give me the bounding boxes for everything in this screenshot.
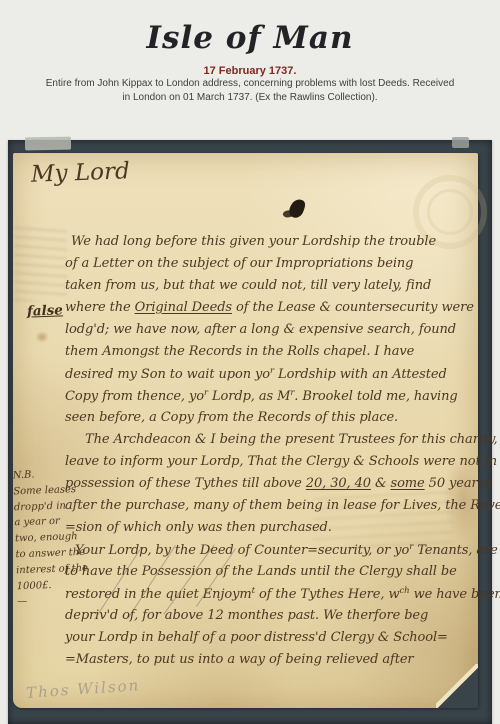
letter-line: The Archdeacon & I being the present Tru…: [65, 432, 471, 454]
letter-line: your Lordp in behalf of a poor distress'…: [65, 630, 471, 652]
letter-paper: My Lord We had long before this given yo…: [13, 153, 478, 708]
letter-mount: My Lord We had long before this given yo…: [8, 140, 492, 724]
letter-line: Copy from thence, yor Lordp, as Mr. Broo…: [65, 388, 471, 410]
letter-body: We had long before this given your Lords…: [65, 234, 471, 674]
page-header: Isle of Man 17 February 1737. Entire fro…: [0, 0, 500, 104]
letter-line: possession of these Tythes till above 20…: [65, 476, 471, 498]
letter-line: restored in the quiet Enjoymt of the Tyt…: [65, 586, 471, 608]
letter-line: lodg'd; we have now, after a long & expe…: [65, 322, 471, 344]
nb-note: N.B.Some leasesdropp'd ina year ortwo, e…: [13, 466, 92, 611]
paper-stain: [35, 331, 49, 343]
pencil-signature: Thos Wilson: [26, 676, 141, 702]
letter-line: =Masters, to put us into a way of being …: [65, 652, 471, 674]
letter-line: seen before, a Copy from the Records of …: [65, 410, 471, 432]
description-line-2: in London on 01 March 1737. (Ex the Rawl…: [0, 92, 500, 105]
nb-note-line: interest of the: [16, 560, 91, 578]
letter-line: after the purchase, many of them being i…: [65, 498, 471, 520]
page-title: Isle of Man: [0, 20, 500, 56]
mount-hinge-left: [25, 137, 71, 151]
letter-line: depriv'd of, for above 12 monthes past. …: [65, 608, 471, 630]
ink-showthrough: [15, 223, 67, 301]
salutation: My Lord: [31, 158, 131, 187]
ink-blot: [287, 197, 306, 219]
nb-note-line: —: [17, 592, 92, 610]
date-line: 17 February 1737.: [0, 65, 500, 77]
letter-line: leave to inform your Lordp, That the Cle…: [65, 454, 471, 476]
album-page: Isle of Man 17 February 1737. Entire fro…: [0, 0, 500, 724]
letter-line: We had long before this given your Lords…: [65, 234, 471, 256]
margin-note-false: false: [27, 302, 63, 319]
description-line-1: Entire from John Kippax to London addres…: [0, 78, 500, 91]
mount-hinge-right: [452, 137, 469, 148]
letter-line: taken from us, but that we could not, ti…: [65, 278, 471, 300]
letter-line: Your Lordp, by the Deed of Counter=secur…: [65, 542, 471, 564]
letter-line: to have the Possession of the Lands unti…: [65, 564, 471, 586]
letter-line: =sion of which only was then purchased.: [65, 520, 471, 542]
letter-line: where the Original Deeds of the Lease & …: [65, 300, 471, 322]
letter-line: desired my Son to wait upon yor Lordship…: [65, 366, 471, 388]
letter-line: them Amongst the Records in the Rolls ch…: [65, 344, 471, 366]
letter-line: of a Letter on the subject of our Improp…: [65, 256, 471, 278]
